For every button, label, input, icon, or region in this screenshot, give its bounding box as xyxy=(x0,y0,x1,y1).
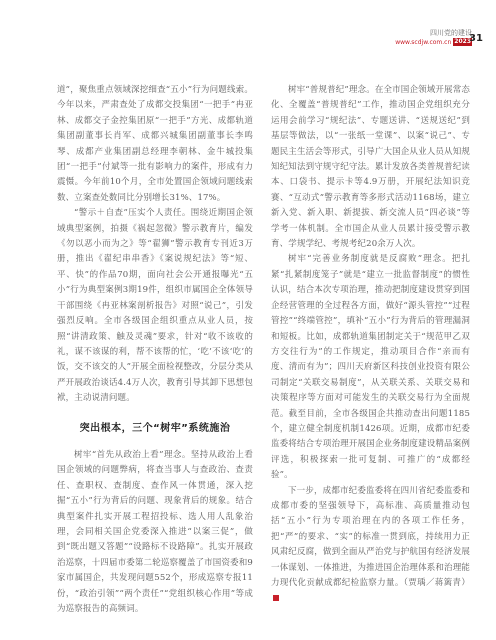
paragraph: 树牢“普规普纪”理念。在全市国企领域开展常态化、全覆盖“普规普纪”工作，推动国企… xyxy=(271,83,470,252)
magazine-url: www.scdjw.com.cn xyxy=(395,39,451,46)
paragraph: 道”，聚焦重点领域深挖细查“五小”行为问题线索。今年以来，严肃查处了成都交投集团… xyxy=(57,83,253,206)
magazine-name: 四川党的建设 xyxy=(430,29,472,38)
header-url-row: www.scdjw.com.cn 2023 xyxy=(395,38,472,46)
left-column: 道”，聚焦重点领域深挖细查“五小”行为问题线索。今年以来，严肃查处了成都交投集团… xyxy=(57,83,253,617)
section-heading: 突出根本，三个“树牢”系统施治 xyxy=(57,421,253,436)
paragraph-text: 下一步，成都市纪委监委将在四川省纪委监委和成都市委的坚强领导下，高标准、高质量推… xyxy=(271,486,470,588)
paragraph: “警示＋自查”压实个人责任。围绕近期国企领域典型案例，拍摄《祸起忽微》警示教育片… xyxy=(57,206,253,406)
right-column: 树牢“普规普纪”理念。在全市国企领域开展常态化、全覆盖“普规普纪”工作，推动国企… xyxy=(271,83,470,607)
paragraph: 树牢“首先从政治上看”理念。坚持从政治上看国企领域的问题弊病，将查当事人与查政治… xyxy=(57,448,253,617)
end-mark-icon: IC xyxy=(273,595,279,601)
paragraph: 树牢“完善业务制度就是反腐败”理念。把扎紧“扎紧制度笼子”就是“建立一批监督制度… xyxy=(271,252,470,483)
paragraph-final: 下一步，成都市纪委监委将在四川省纪委监委和成都市委的坚强领导下，高标准、高质量推… xyxy=(271,484,470,607)
page-number: 31 xyxy=(469,33,483,44)
